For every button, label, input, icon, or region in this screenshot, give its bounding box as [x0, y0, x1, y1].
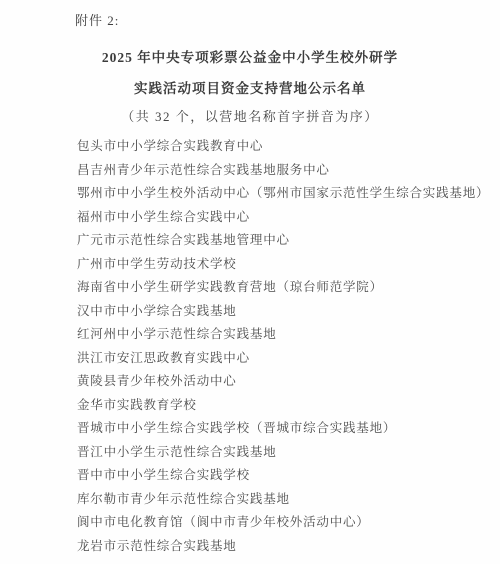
list-item: 龙岩市示范性综合实践基地	[77, 535, 490, 559]
list-item: 鄂州市中小学生校外活动中心（鄂州市国家示范性学生综合实践基地）	[77, 182, 490, 206]
list-item: 红河州中小学示范性综合实践基地	[77, 323, 490, 347]
list-item: 晋江中小学生示范性综合实践基地	[77, 441, 490, 465]
list-item: 晋城市中小学生综合实践学校（晋城市综合实践基地）	[77, 417, 490, 441]
list-item: 海南省中小学生研学实践教育营地（琼台师范学院）	[77, 276, 490, 300]
document-title-line2: 实践活动项目资金支持营地公示名单	[0, 77, 500, 97]
list-item: 昌吉州青少年示范性综合实践基地服务中心	[77, 159, 490, 183]
list-item: 黄陵县青少年校外活动中心	[77, 370, 490, 394]
list-item: 阆中市电化教育馆（阆中市青少年校外活动中心）	[77, 511, 490, 535]
camp-list: 包头市中小学综合实践教育中心 昌吉州青少年示范性综合实践基地服务中心 鄂州市中小…	[77, 135, 490, 558]
document-page: 附件 2: 2025 年中央专项彩票公益金中小学生校外研学 实践活动项目资金支持…	[0, 0, 500, 564]
list-item: 晋中市中小学生综合实践学校	[77, 464, 490, 488]
attachment-label: 附件 2:	[75, 10, 119, 29]
list-item: 包头市中小学综合实践教育中心	[77, 135, 490, 159]
list-item: 金华市实践教育学校	[77, 394, 490, 418]
list-item: 汉中市中小学综合实践基地	[77, 300, 490, 324]
document-subtitle: （共 32 个，以营地名称首字拼音为序）	[0, 106, 500, 125]
list-item: 福州市中小学生综合实践中心	[77, 206, 490, 230]
document-title-line1: 2025 年中央专项彩票公益金中小学生校外研学	[0, 46, 500, 66]
list-item: 库尔勒市青少年示范性综合实践基地	[77, 488, 490, 512]
list-item: 广州市中学生劳动技术学校	[77, 253, 490, 277]
list-item: 洪江市安江思政教育实践中心	[77, 347, 490, 371]
list-item: 广元市示范性综合实践基地管理中心	[77, 229, 490, 253]
